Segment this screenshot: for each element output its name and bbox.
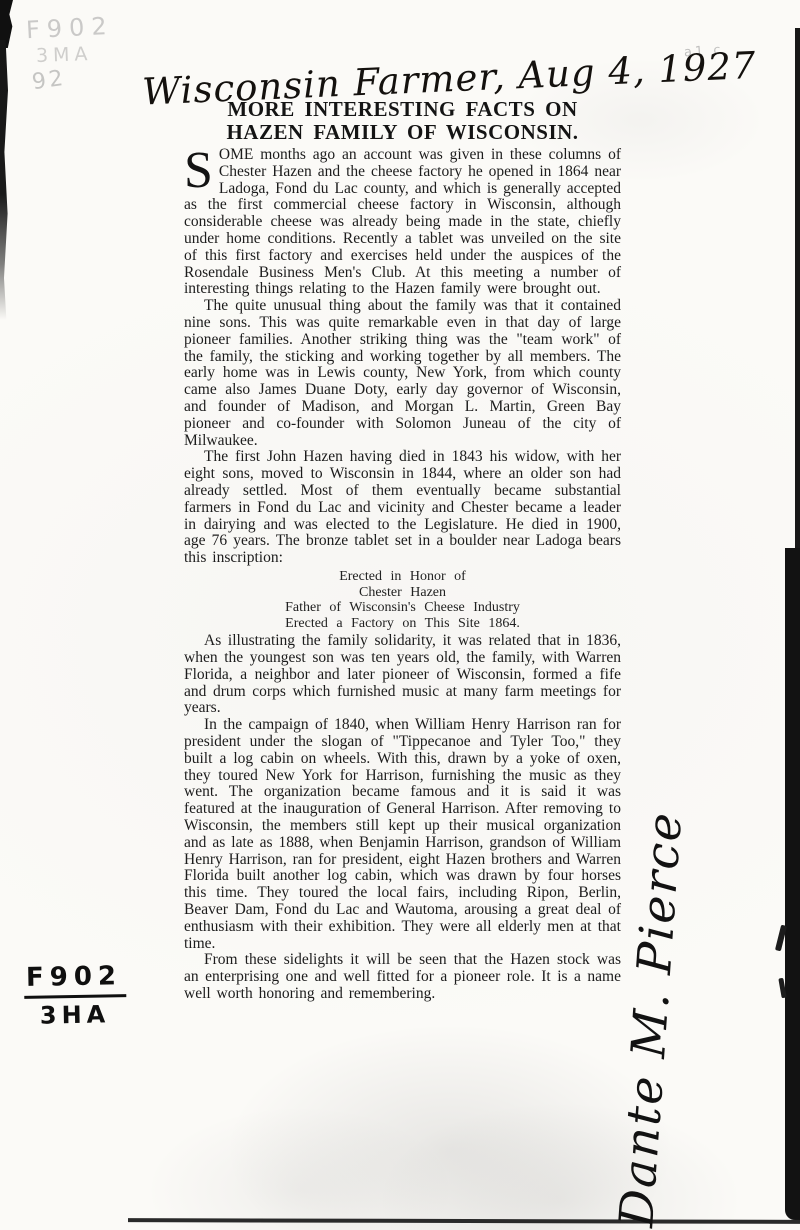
- paragraph-1: SOME months ago an account was given in …: [184, 147, 621, 298]
- tablet-inscription: Erected in Honor of Chester Hazen Father…: [184, 569, 621, 631]
- inscription-line-4: Erected a Factory on This Site 1864.: [184, 616, 621, 632]
- scan-right-edge-line: [795, 28, 800, 558]
- handwritten-call-number: F902 3HA: [24, 962, 126, 1029]
- pencil-mark-call-number: F902: [25, 12, 114, 45]
- paragraph-2: The quite unusual thing about the family…: [184, 298, 621, 449]
- paragraph-5: In the campaign of 1840, when William He…: [184, 717, 621, 952]
- clipping-bottom-edge: [128, 1218, 800, 1224]
- paragraph-1-text: OME months ago an account was given in t…: [184, 146, 621, 297]
- inscription-line-2: Chester Hazen: [184, 585, 621, 601]
- inscription-line-1: Erected in Honor of: [184, 569, 621, 585]
- scan-left-edge-artifact: [0, 40, 8, 320]
- paragraph-3: The first John Hazen having died in 1843…: [184, 449, 621, 567]
- headline-line-2: HAZEN FAMILY OF WISCONSIN.: [184, 121, 621, 144]
- headline-line-1: MORE INTERESTING FACTS ON: [184, 98, 621, 121]
- scan-right-edge-bar: [785, 548, 800, 1220]
- paragraph-4: As illustrating the family solidarity, i…: [184, 633, 621, 717]
- article-body-column: SOME months ago an account was given in …: [184, 147, 621, 1003]
- paragraph-6: From these sidelights it will be seen th…: [184, 952, 621, 1002]
- call-number-bottom: 3HA: [24, 997, 127, 1030]
- inscription-line-3: Father of Wisconsin's Cheese Industry: [184, 600, 621, 616]
- drop-cap: S: [184, 147, 219, 192]
- handwritten-signature: Dante M. Pierce: [609, 816, 692, 1229]
- call-number-top: F902: [24, 961, 127, 999]
- pencil-mark-number: 92: [30, 66, 67, 95]
- pencil-mark-code: 3MA: [36, 43, 93, 67]
- scanned-newspaper-clipping: F902 3MA 92 a1 c Wisconsin Farmer, Aug 4…: [0, 0, 800, 1230]
- article-headline: MORE INTERESTING FACTS ON HAZEN FAMILY O…: [184, 98, 621, 144]
